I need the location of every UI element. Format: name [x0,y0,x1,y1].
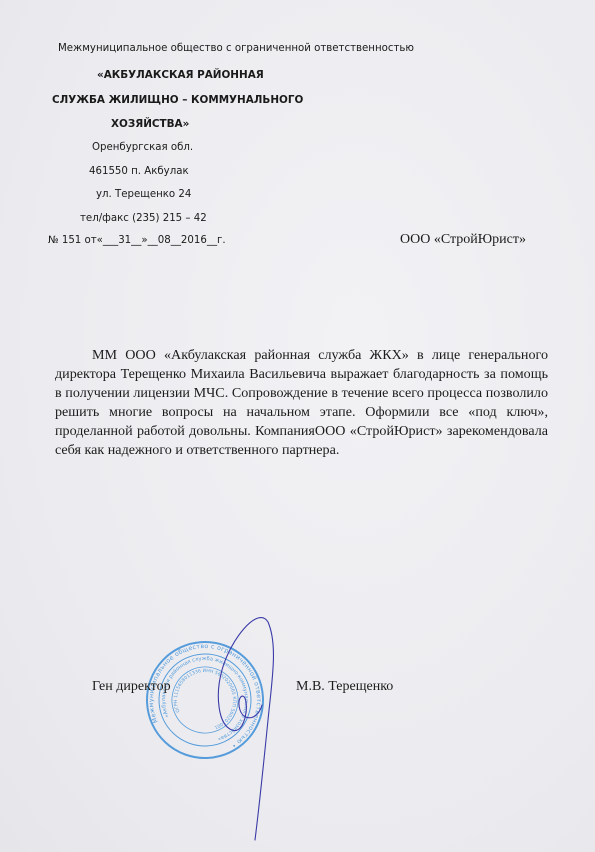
signatory-name: М.В. Терещенко [296,679,393,695]
org-name-line1: «АКБУЛАКСКАЯ РАЙОННАЯ [97,69,264,81]
org-region: Оренбургская обл. [92,142,193,153]
letter-page: Межмуниципальное общество с ограниченной… [0,0,595,852]
signatory-title: Ген директор [92,679,171,695]
org-name-line2: СЛУЖБА ЖИЛИЩНО – КОММУНАЛЬНОГО [52,94,303,106]
body-paragraph: ММ ООО «Акбулакская районная служба ЖКХ»… [55,347,548,458]
org-name-line3: ХОЗЯЙСТВА» [111,118,189,130]
recipient: ООО «СтройЮрист» [400,232,526,248]
org-type: Межмуниципальное общество с ограниченной… [58,43,414,54]
letter-ref-number: № 151 от«___31__»__08__2016__г. [48,235,226,246]
org-phone: тел/факс (235) 215 – 42 [80,213,207,224]
letter-body: ММ ООО «Акбулакская районная служба ЖКХ»… [55,346,548,460]
org-street: ул. Терещенко 24 [96,189,191,200]
handwritten-signature-icon [200,610,290,845]
org-postal-address: 461550 п. Акбулак [89,166,189,177]
